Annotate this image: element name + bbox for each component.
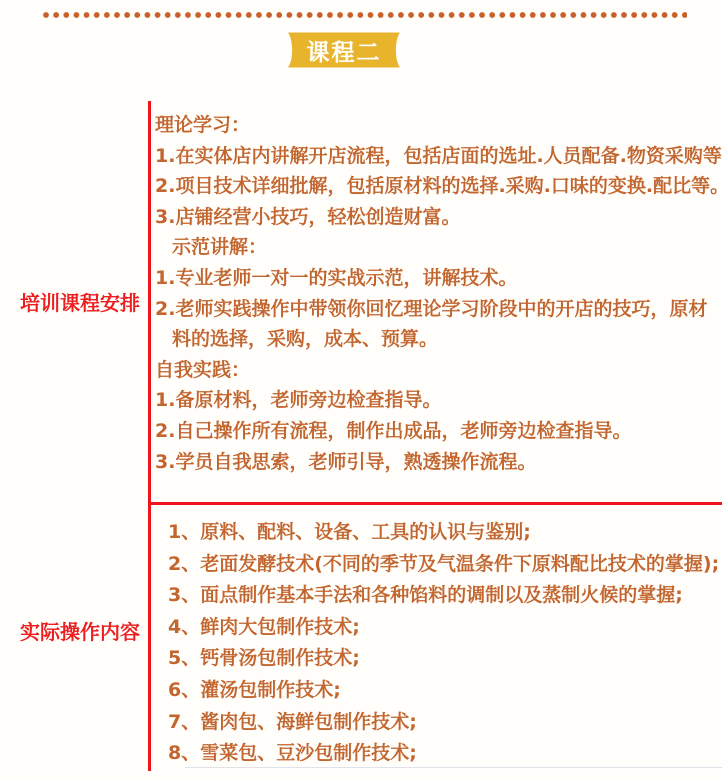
course-line: 3.学员自我思索，老师引导，熟透操作流程。 [155, 447, 721, 478]
course-poster-page: 课程二 培训课程安排 实际操作内容 理论学习： 1.在实体店内讲解开店流程，包括… [0, 0, 722, 780]
course-line: 2.项目技术详细批解，包括原材料的选择.采购.口味的变换.配比等。 [155, 171, 721, 202]
course-line: 1.在实体店内讲解开店流程，包括店面的选址.人员配备.物资采购等 [155, 141, 721, 172]
course-line: 7、酱肉包、海鲜包制作技术; [168, 707, 722, 739]
course-line: 2、老面发酵技术(不同的季节及气温条件下原料配比技术的掌握); [168, 549, 722, 581]
course-line: 4、鲜肉大包制作技术; [168, 612, 722, 644]
course-line: 1、原料、配料、设备、工具的认识与鉴别; [168, 517, 722, 549]
badge-label: 课程二 [282, 31, 406, 69]
horizontal-divider [148, 502, 722, 505]
section-label-training-schedule: 培训课程安排 [20, 287, 145, 316]
course-line: 2.自己操作所有流程，制作出成品，老师旁边检查指导。 [155, 416, 721, 447]
course-line: 8、雪菜包、豆沙包制作技术; [168, 738, 722, 770]
course-line: 1.专业老师一对一的实战示范，讲解技术。 [155, 263, 721, 294]
vertical-divider [148, 101, 151, 771]
course-line: 理论学习： [155, 110, 721, 141]
course-line: 6、灌汤包制作技术; [168, 675, 722, 707]
course-line: 料的选择，采购，成本、预算。 [155, 324, 721, 355]
training-schedule-text: 理论学习： 1.在实体店内讲解开店流程，包括店面的选址.人员配备.物资采购等 2… [155, 110, 721, 477]
practical-content-text: 1、原料、配料、设备、工具的认识与鉴别; 2、老面发酵技术(不同的季节及气温条件… [168, 517, 722, 770]
section-label-practical-content: 实际操作内容 [20, 616, 145, 645]
course-line: 示范讲解： [155, 232, 721, 263]
course-line: 3、面点制作基本手法和各种馅料的调制以及蒸制火候的掌握; [168, 580, 722, 612]
course-line: 3.店铺经营小技巧，轻松创造财富。 [155, 202, 721, 233]
dotted-divider [42, 11, 687, 19]
course-badge: 课程二 [282, 31, 406, 69]
course-line: 自我实践： [155, 355, 721, 386]
course-line: 1.备原材料，老师旁边检查指导。 [155, 385, 721, 416]
course-line: 5、钙骨汤包制作技术; [168, 643, 722, 675]
course-line: 2.老师实践操作中带领你回忆理论学习阶段中的开店的技巧，原材 [155, 294, 721, 325]
